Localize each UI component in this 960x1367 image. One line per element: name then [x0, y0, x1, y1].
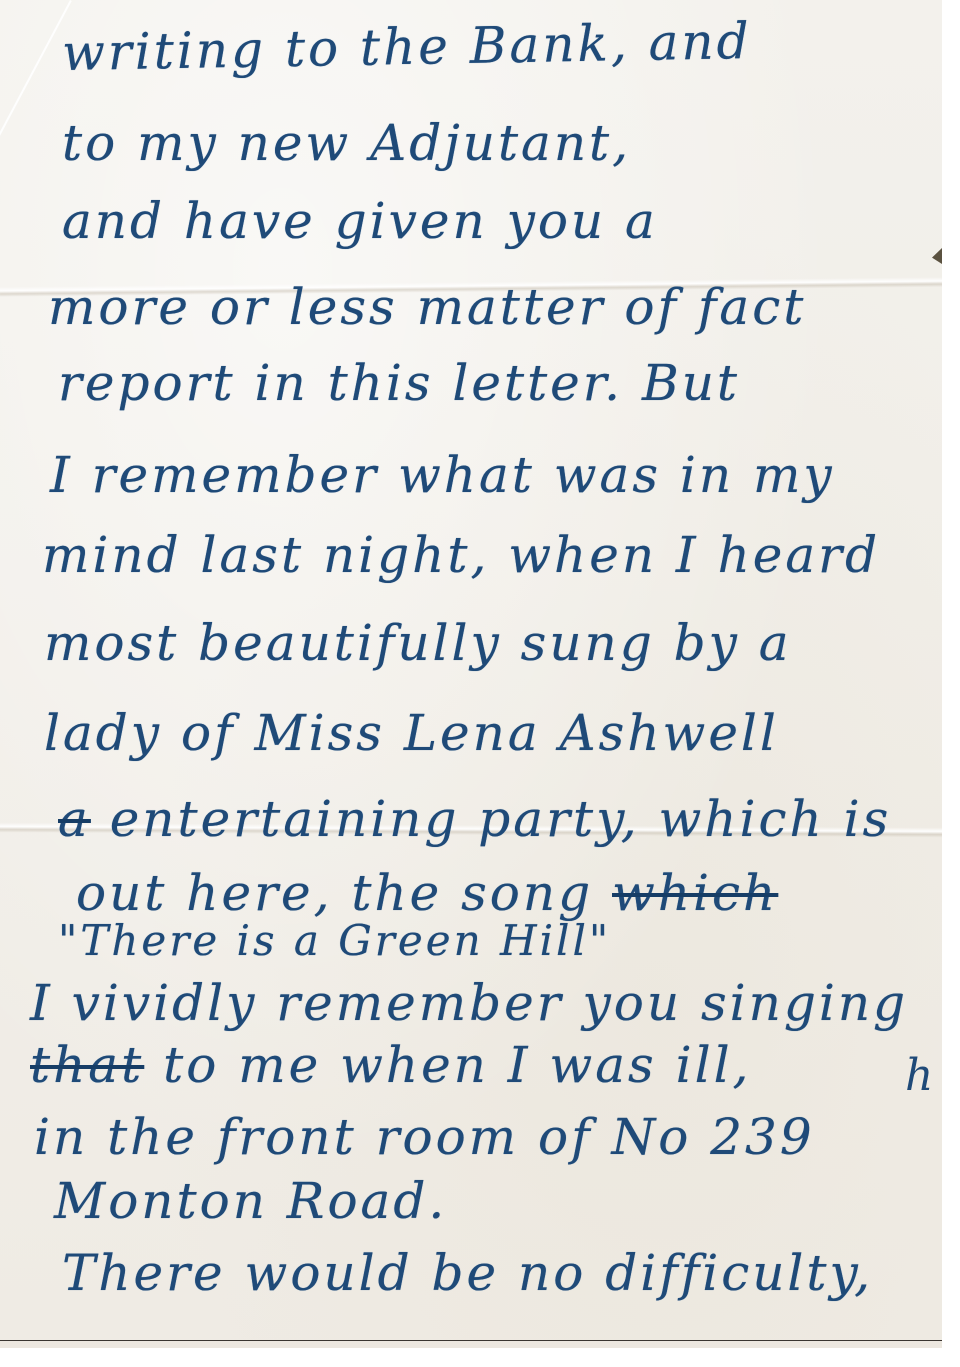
- struck-word: that: [30, 1036, 144, 1094]
- letter-line-9: lady of Miss Lena Ashwell: [44, 708, 779, 758]
- letter-line-1: writing to the Bank, and: [62, 16, 752, 78]
- paper-bottom-edge: [0, 1340, 942, 1348]
- letter-line-13: I vividly remember you singing: [30, 978, 908, 1028]
- letter-line-15: in the front room of No 239: [34, 1112, 815, 1162]
- letter-line-16: Monton Road.: [54, 1176, 447, 1226]
- struck-word: a: [58, 790, 91, 848]
- margin-note: h: [905, 1050, 933, 1101]
- letter-line-10: a entertaining party, which is: [58, 794, 891, 844]
- struck-word: which: [612, 864, 778, 922]
- paper-tear: [932, 248, 942, 264]
- letter-line-4: more or less matter of fact: [48, 282, 806, 332]
- letter-line-6: I remember what was in my: [50, 450, 835, 500]
- letter-line-5: report in this letter. But: [58, 358, 740, 408]
- letter-line-2: to my new Adjutant,: [62, 118, 631, 168]
- page-right-edge: [942, 0, 960, 1367]
- letter-line-12-insertion: "There is a Green Hill": [58, 920, 611, 962]
- letter-line-7: mind last night, when I heard: [42, 530, 880, 580]
- letter-line-14: that to me when I was ill,: [30, 1040, 751, 1090]
- letter-line-17: There would be no difficulty,: [62, 1248, 873, 1298]
- letter-line-3: and have given you a: [62, 196, 658, 246]
- letter-line-11: out here, the song which: [76, 868, 778, 918]
- letter-line-8: most beautifully sung by a: [44, 618, 792, 668]
- letter-page: writing to the Bank, and to my new Adjut…: [0, 0, 942, 1348]
